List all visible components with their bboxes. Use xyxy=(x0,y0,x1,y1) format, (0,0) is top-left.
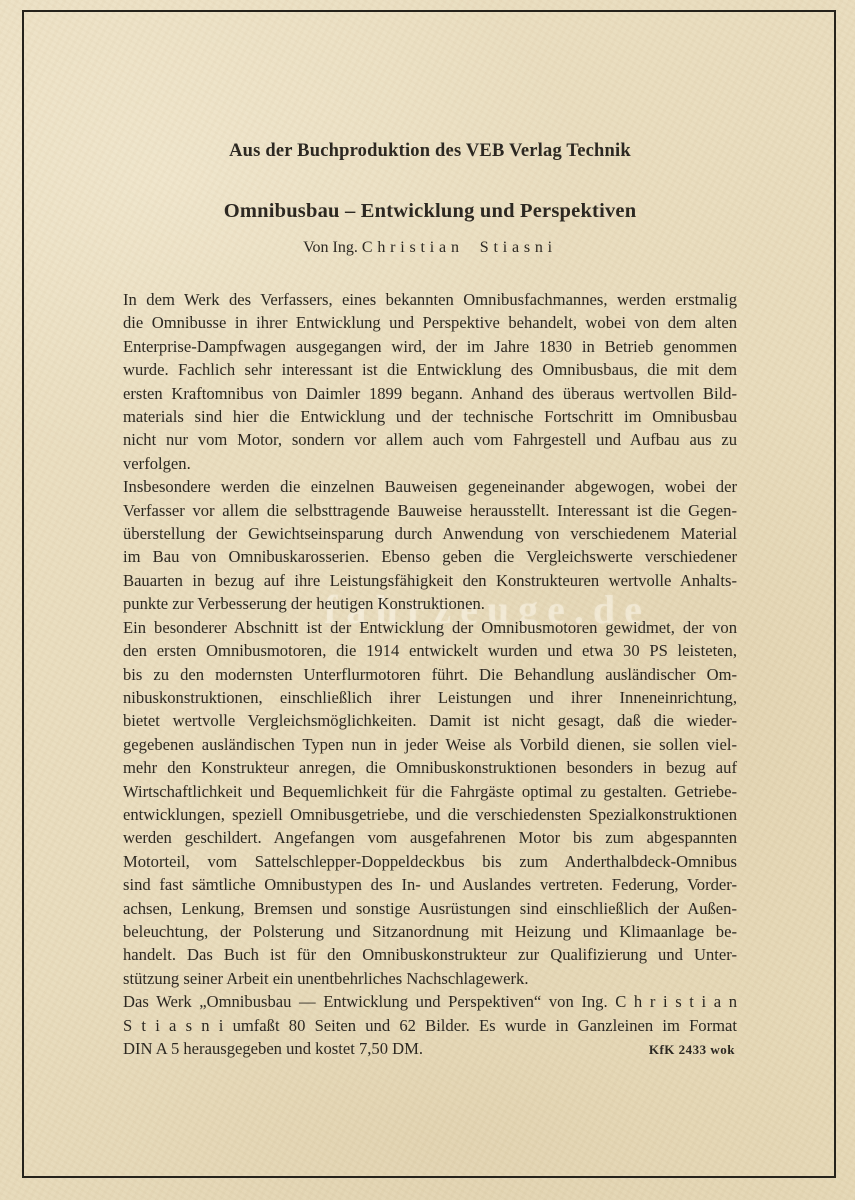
page-border-frame: fahrzeuge.de Aus der Buchproduktion des … xyxy=(22,10,836,1178)
print-code: KfK 2433 wok xyxy=(649,1038,737,1061)
body-line: im Bau von Omnibuskarosserien. Ebenso ge… xyxy=(123,545,737,568)
page-title: Omnibusbau – Entwicklung und Perspektive… xyxy=(123,200,737,223)
body-line: werden geschildert. Angefangen vom ausge… xyxy=(123,826,737,849)
byline-author-name: Christian Stiasni xyxy=(362,239,557,256)
body-line: gegebenen ausländischen Typen nun in jed… xyxy=(123,733,737,756)
body-line: S t i a s n i umfaßt 80 Seiten und 62 Bi… xyxy=(123,1014,737,1037)
body-line: beleuchtung, der Polsterung und Sitzanor… xyxy=(123,920,737,943)
body-line: nibuskonstruktionen, einschließlich ihre… xyxy=(123,686,737,709)
body-line: Wirtschaftlichkeit und Bequemlichkeit fü… xyxy=(123,780,737,803)
body-line: ersten Kraftomnibus von Daimler 1899 beg… xyxy=(123,382,737,405)
body-line: überstellung der Gewichtseinsparung durc… xyxy=(123,522,737,545)
body-line: Enterprise-Dampfwagen ausgegangen wird, … xyxy=(123,335,737,358)
body-line: Ein besonderer Abschnitt ist der Entwick… xyxy=(123,616,737,639)
kicker-line: Aus der Buchproduktion des VEB Verlag Te… xyxy=(123,141,737,162)
body-line: nicht nur vom Motor, sondern vor allem a… xyxy=(123,428,737,451)
footer-row: DIN A 5 herausgegeben und kostet 7,50 DM… xyxy=(123,1037,737,1061)
body-line: den ersten Omnibusmotoren, die 1914 entw… xyxy=(123,639,737,662)
body-line: entwicklungen, speziell Omnibusgetriebe,… xyxy=(123,803,737,826)
body-line: bis zu den modernsten Unterflurmotoren f… xyxy=(123,663,737,686)
byline-prefix: Von Ing. xyxy=(303,239,358,256)
body-line: materials sind hier die Entwicklung und … xyxy=(123,405,737,428)
body-line: Das Werk „Omnibusbau — Entwicklung und P… xyxy=(123,990,737,1013)
body-line: Verfasser vor allem die selbsttragende B… xyxy=(123,499,737,522)
body-line: bietet wertvolle Vergleichsmöglichkeiten… xyxy=(123,709,737,732)
byline: Von Ing. Christian Stiasni xyxy=(123,239,737,257)
footer-line: DIN A 5 herausgegeben und kostet 7,50 DM… xyxy=(123,1037,423,1060)
body-line: sind fast sämtliche Omnibustypen des In-… xyxy=(123,873,737,896)
page-content: Aus der Buchproduktion des VEB Verlag Te… xyxy=(123,12,737,1061)
body-line: stützung seiner Arbeit ein unentbehrlich… xyxy=(123,967,737,990)
body-text: In dem Werk des Verfassers, eines bekann… xyxy=(123,288,737,1037)
body-line: Bauarten in bezug auf ihre Leistungsfähi… xyxy=(123,569,737,592)
body-line: wurde. Fachlich sehr interessant ist die… xyxy=(123,358,737,381)
body-line: mehr den Konstrukteur anregen, die Omnib… xyxy=(123,756,737,779)
body-line: Motorteil, vom Sattelschlepper-Doppeldec… xyxy=(123,850,737,873)
body-line: achsen, Lenkung, Bremsen und sonstige Au… xyxy=(123,897,737,920)
body-line: handelt. Das Buch ist für den Omnibuskon… xyxy=(123,943,737,966)
body-line: In dem Werk des Verfassers, eines bekann… xyxy=(123,288,737,311)
body-line: die Omnibusse in ihrer Entwicklung und P… xyxy=(123,311,737,334)
body-line: punkte zur Verbesserung der heutigen Kon… xyxy=(123,592,737,615)
body-line: Insbesondere werden die einzelnen Bauwei… xyxy=(123,475,737,498)
body-line: verfolgen. xyxy=(123,452,737,475)
